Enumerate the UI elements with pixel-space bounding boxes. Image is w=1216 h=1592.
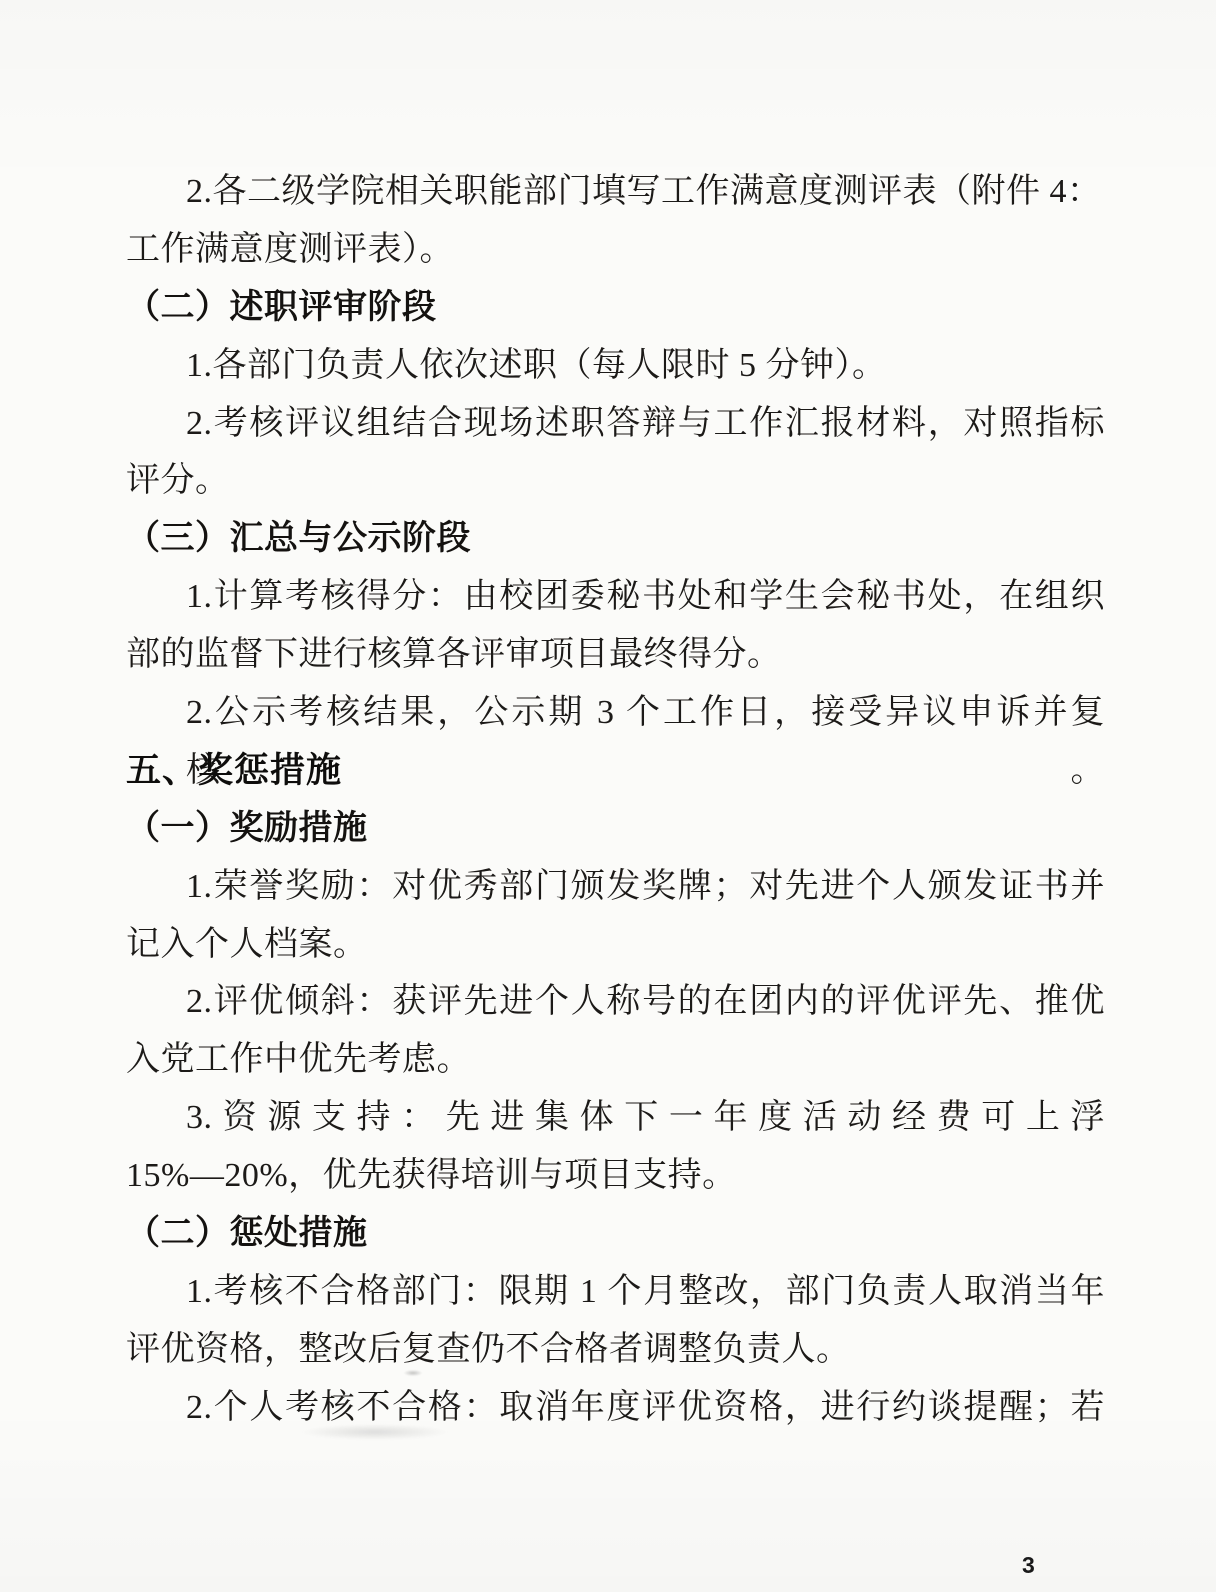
paragraph-line: 3.资源支持：先进集体下一年度活动经费可上浮 <box>126 1089 1105 1147</box>
paragraph-line: 1.计算考核得分：由校团委秘书处和学生会秘书处，在组织 <box>126 568 1105 626</box>
document-body: 2.各二级学院相关职能部门填写工作满意度测评表（附件 4： 工作满意度测评表）。… <box>126 163 1105 1437</box>
paragraph-line: 1.考核不合格部门：限期 1 个月整改，部门负责人取消当年 <box>126 1263 1105 1321</box>
scan-smudge <box>300 1424 450 1440</box>
paragraph-line: 部的监督下进行核算各评审项目最终得分。 <box>126 626 1105 684</box>
paragraph-line: 2.个人考核不合格：取消年度评优资格，进行约谈提醒；若 <box>126 1379 1105 1437</box>
paragraph-line: 2.各二级学院相关职能部门填写工作满意度测评表（附件 4： <box>126 163 1105 221</box>
paragraph-line: 记入个人档案。 <box>126 916 1105 974</box>
paragraph-line: 评分。 <box>126 452 1105 510</box>
page-number: 3 <box>1022 1550 1035 1580</box>
scanned-document-page: 2.各二级学院相关职能部门填写工作满意度测评表（附件 4： 工作满意度测评表）。… <box>0 0 1216 1592</box>
paragraph-line: 2.评优倾斜：获评先进个人称号的在团内的评优评先、推优 <box>126 973 1105 1031</box>
section-heading: （二）惩处措施 <box>126 1205 1105 1263</box>
section-heading: （二）述职评审阶段 <box>126 279 1105 337</box>
paragraph-line: 2.考核评议组结合现场述职答辩与工作汇报材料，对照指标 <box>126 395 1105 453</box>
paragraph-line: 工作满意度测评表）。 <box>126 221 1105 279</box>
paragraph-line: 1.荣誉奖励：对优秀部门颁发奖牌；对先进个人颁发证书并 <box>126 858 1105 916</box>
paragraph-line: 2.公示考核结果，公示期 3 个工作日，接受异议申诉并复核。 <box>126 684 1105 742</box>
section-heading: （一）奖励措施 <box>126 800 1105 858</box>
paragraph-line: 15%—20%，优先获得培训与项目支持。 <box>126 1147 1105 1205</box>
paragraph-line: 1.各部门负责人依次述职（每人限时 5 分钟）。 <box>126 337 1105 395</box>
paragraph-line: 入党工作中优先考虑。 <box>126 1031 1105 1089</box>
scan-smudge <box>404 1370 422 1376</box>
paragraph-line: 评优资格，整改后复查仍不合格者调整负责人。 <box>126 1321 1105 1379</box>
section-heading: （三）汇总与公示阶段 <box>126 510 1105 568</box>
